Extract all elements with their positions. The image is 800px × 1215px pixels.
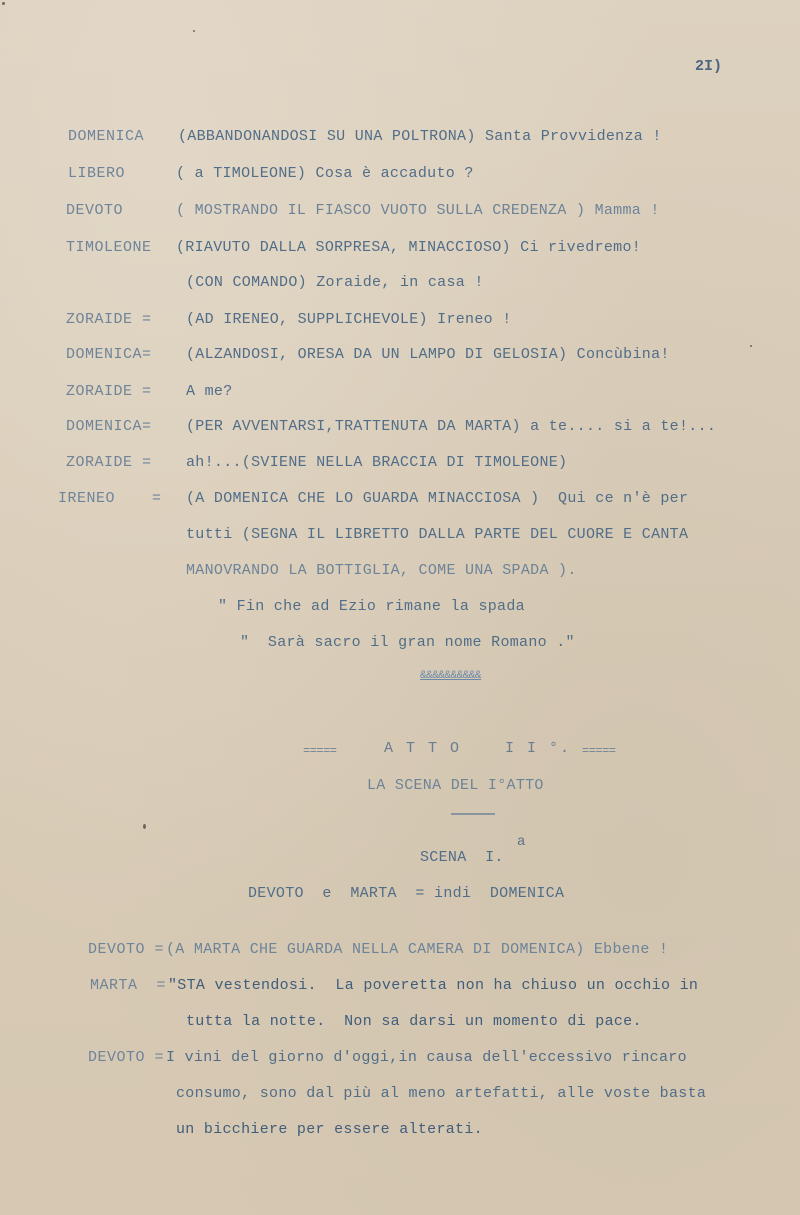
- speaker-separator: =: [152, 490, 162, 508]
- dialogue-line: I vini del giorno d'oggi,in causa dell'e…: [166, 1049, 687, 1067]
- speaker-name: IRENEO: [58, 490, 115, 508]
- dialogue-line: A me?: [186, 383, 233, 401]
- speaker-name: TIMOLEONE: [66, 239, 152, 257]
- dialogue-line: (CON COMANDO) Zoraide, in casa !: [186, 274, 484, 292]
- dialogue-line: ( a TIMOLEONE) Cosa è accaduto ?: [176, 165, 474, 183]
- dialogue-line: (A DOMENICA CHE LO GUARDA MINACCIOSA ) Q…: [186, 490, 688, 508]
- section-flourish: &&&&&&&&&&: [420, 670, 481, 682]
- divider-rule: [451, 813, 495, 815]
- dialogue-line: consumo, sono dal più al meno artefatti,…: [176, 1085, 706, 1103]
- page-number: 2I): [695, 58, 722, 75]
- act-setting: LA SCENA DEL I°ATTO: [367, 777, 544, 795]
- verse-line: " Fin che ad Ezio rimane la spada: [218, 598, 525, 616]
- dialogue-line: (AD IRENEO, SUPPLICHEVOLE) Ireneo !: [186, 311, 512, 329]
- verse-line: " Sarà sacro il gran nome Romano .": [240, 634, 575, 652]
- dialogue-line: (PER AVVENTARSI,TRATTENUTA DA MARTA) a t…: [186, 418, 716, 436]
- dialogue-line: (ABBANDONANDOSI SU UNA POLTRONA) Santa P…: [178, 128, 662, 146]
- speaker-name: DEVOTO: [66, 202, 123, 220]
- paper-speck: [193, 30, 195, 32]
- right-rule: =====: [582, 742, 616, 760]
- dialogue-line: (RIAVUTO DALLA SORPRESA, MINACCIOSO) Ci …: [176, 239, 641, 257]
- paper-speck: [750, 345, 752, 347]
- scene-superscript: a: [517, 834, 525, 850]
- dialogue-line: MANOVRANDO LA BOTTIGLIA, COME UNA SPADA …: [186, 562, 577, 580]
- speaker-name: DOMENICA: [68, 128, 144, 146]
- dialogue-line: ah!...(SVIENE NELLA BRACCIA DI TIMOLEONE…: [186, 454, 567, 472]
- dialogue-line: ( MOSTRANDO IL FIASCO VUOTO SULLA CREDEN…: [176, 202, 660, 220]
- speaker-name: DOMENICA=: [66, 418, 152, 436]
- speaker-name: ZORAIDE =: [66, 311, 152, 329]
- scene-characters: DEVOTO e MARTA = indi DOMENICA: [248, 885, 564, 903]
- dialogue-line: un bicchiere per essere alterati.: [176, 1121, 483, 1139]
- paper-speck: [2, 2, 5, 5]
- speaker-name: DOMENICA=: [66, 346, 152, 364]
- speaker-name: LIBERO: [68, 165, 125, 183]
- dialogue-line: (ALZANDOSI, ORESA DA UN LAMPO DI GELOSIA…: [186, 346, 670, 364]
- dialogue-line: tutti (SEGNA IL LIBRETTO DALLA PARTE DEL…: [186, 526, 688, 544]
- speaker-name: MARTA =: [90, 977, 166, 995]
- speaker-name: ZORAIDE =: [66, 383, 152, 401]
- scene-title: SCENA I.: [420, 849, 504, 867]
- speaker-name: ZORAIDE =: [66, 454, 152, 472]
- paper-speck: [143, 824, 146, 829]
- dialogue-line: "STA vestendosi. La poveretta non ha chi…: [168, 977, 698, 995]
- act-title: A T T O I I °.: [384, 740, 571, 758]
- speaker-name: DEVOTO =: [88, 941, 164, 959]
- dialogue-line: (A MARTA CHE GUARDA NELLA CAMERA DI DOME…: [166, 941, 668, 959]
- left-rule: =====: [303, 742, 337, 760]
- speaker-name: DEVOTO =: [88, 1049, 164, 1067]
- typewritten-page: 2I) DOMENICA (ABBANDONANDOSI SU UNA POLT…: [0, 0, 800, 1215]
- dialogue-line: tutta la notte. Non sa darsi un momento …: [186, 1013, 642, 1031]
